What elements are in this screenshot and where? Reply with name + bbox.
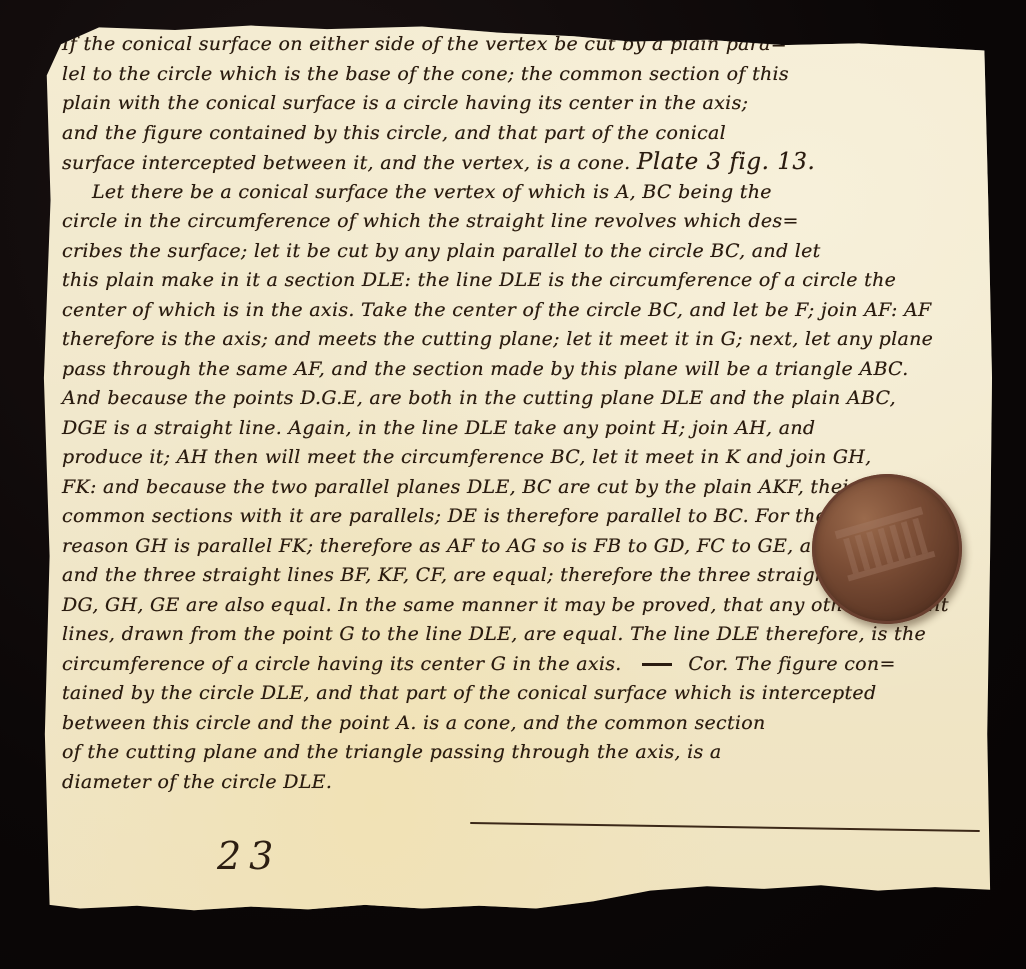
penny-coin-icon <box>812 474 962 624</box>
text-line: this plain make in it a section DLE: the… <box>62 266 982 296</box>
dash-rule <box>642 663 672 666</box>
text-line: And because the points D.G.E, are both i… <box>62 384 982 414</box>
text-line-with-corollary: circumference of a circle having its cen… <box>62 650 982 680</box>
corollary-label: Cor. <box>688 653 728 675</box>
manuscript-text: If the conical surface on either side of… <box>62 30 982 797</box>
text-line: surface intercepted between it, and the … <box>62 152 631 174</box>
manuscript-page: If the conical surface on either side of… <box>42 22 992 912</box>
text-line: diameter of the circle DLE. <box>62 768 982 798</box>
text-line: cribes the surface; let it be cut by any… <box>62 237 982 267</box>
text-line: of the cutting plane and the triangle pa… <box>62 738 982 768</box>
text-line: Let there be a conical surface the verte… <box>62 178 982 208</box>
text-line: circumference of a circle having its cen… <box>62 653 622 675</box>
text-line: DGE is a straight line. Again, in the li… <box>62 414 982 444</box>
corollary-text: The figure con= <box>735 653 896 675</box>
memorial-building-icon <box>835 507 936 582</box>
text-line-with-plate: surface intercepted between it, and the … <box>62 148 982 178</box>
text-line: tained by the circle DLE, and that part … <box>62 679 982 709</box>
text-line: lel to the circle which is the base of t… <box>62 60 982 90</box>
text-line: circle in the circumference of which the… <box>62 207 982 237</box>
text-line: and the figure contained by this circle,… <box>62 119 982 149</box>
page-number: 23 <box>217 834 281 878</box>
text-line: between this circle and the point A. is … <box>62 709 982 739</box>
text-line: pass through the same AF, and the sectio… <box>62 355 982 385</box>
plate-reference: Plate 3 fig. 13. <box>637 149 815 175</box>
text-line: center of which is in the axis. Take the… <box>62 296 982 326</box>
text-line: plain with the conical surface is a circ… <box>62 89 982 119</box>
closing-rule-line <box>470 822 980 832</box>
text-line: lines, drawn from the point G to the lin… <box>62 620 982 650</box>
text-line: produce it; AH then will meet the circum… <box>62 443 982 473</box>
text-line: therefore is the axis; and meets the cut… <box>62 325 982 355</box>
